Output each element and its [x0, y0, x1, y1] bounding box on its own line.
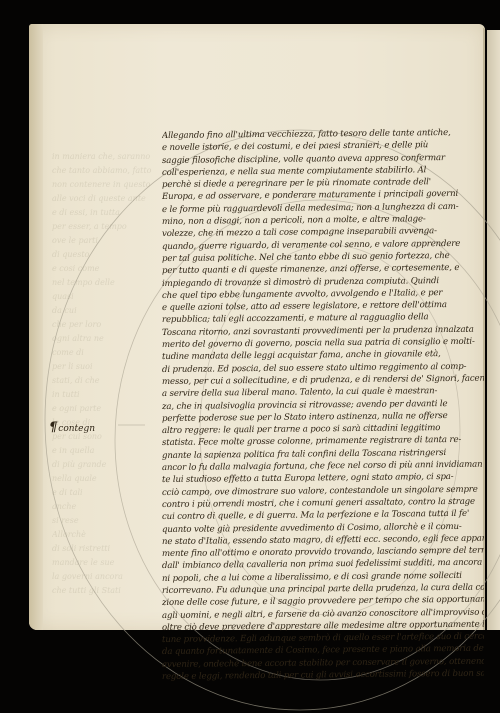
ghost-line: la governi ancora	[52, 570, 152, 584]
ghost-line: mandare le sue	[52, 556, 152, 570]
ghost-line: non contenere in questo	[52, 178, 152, 192]
pilcrow-icon: ¶	[49, 420, 57, 435]
ghost-line: in maniera che, saranno	[52, 150, 152, 164]
ghost-line: di questo	[52, 248, 152, 262]
margin-note: ¶contegn	[49, 420, 95, 435]
ghost-line: ove le parti	[52, 234, 152, 248]
ghost-line: che per loro	[52, 318, 152, 332]
ghost-line: per esser, a tempo	[52, 220, 152, 234]
ghost-line: nel tempo delle	[52, 276, 152, 290]
ghost-line: quasi	[52, 290, 152, 304]
ghost-line: che tutti gli Stati	[52, 584, 152, 598]
ghost-line: nella quale	[52, 472, 152, 486]
bleed-through-text: in maniera che, sarannoche tanto abbiamo…	[52, 150, 152, 598]
ghost-line: di più grande	[52, 458, 152, 472]
ghost-line: da cui	[52, 304, 152, 318]
ghost-line: come di	[52, 346, 152, 360]
margin-note-text: contegn	[58, 424, 95, 434]
ghost-line: e ogni parte	[52, 402, 152, 416]
ghost-line: di soli ristretti	[52, 542, 152, 556]
ghost-line: Allorchè	[52, 528, 152, 542]
ghost-line: e in quella	[52, 444, 152, 458]
ghost-line: si rese	[52, 514, 152, 528]
ghost-line: e cosi come	[52, 262, 152, 276]
manuscript-text: Allegando fino all'ultima vecchiezza, fa…	[162, 130, 484, 683]
ghost-line: per li suoi	[52, 360, 152, 374]
ghost-line: ogni altra ne	[52, 332, 152, 346]
ghost-line: e di essi, in tutta	[52, 206, 152, 220]
ghost-line: stati, di che	[52, 374, 152, 388]
manuscript-line: regole e leggi, rendendo tali per cui gl…	[162, 668, 484, 684]
ghost-line: anche	[52, 500, 152, 514]
ghost-line: alle voci di queste ante	[52, 192, 152, 206]
ghost-line: che tanto abbiamo, fatto	[52, 164, 152, 178]
ghost-line: in tutti	[52, 388, 152, 402]
ghost-line: e di tali	[52, 486, 152, 500]
